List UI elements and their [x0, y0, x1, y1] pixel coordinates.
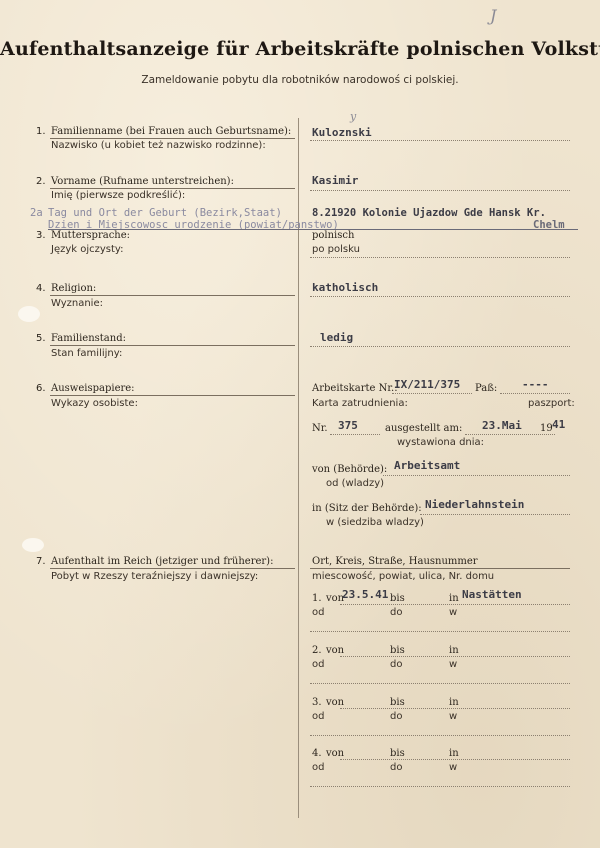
nr-value: 375 [338, 419, 358, 432]
issued-label-de: ausgestellt am: [385, 423, 462, 434]
work-card-label-de: Arbeitskarte Nr.: [312, 383, 398, 394]
residence-2-von: von [326, 645, 344, 656]
field-4-value: katholisch [312, 281, 378, 294]
field-4-value-line [310, 296, 570, 297]
field-2a-number: 2a [30, 207, 43, 219]
corner-handwritten-mark: J [490, 6, 496, 25]
residence-3-od: od [312, 711, 324, 722]
residence-1-od: od [312, 607, 324, 618]
field-6-label-pl: Wykazy osobiste: [51, 398, 138, 409]
residence-3-w: w [449, 711, 457, 722]
issued-year-prefix: 19 [540, 423, 553, 434]
residence-1-do: do [390, 607, 402, 618]
residence-1-line [340, 604, 570, 605]
issued-label-pl: wystawiona dnia: [397, 437, 484, 448]
field-2-label-underline [50, 188, 295, 189]
passport-value: ---- [522, 378, 549, 391]
residence-3-in: in [449, 697, 459, 708]
residence-2-do: do [390, 659, 402, 670]
field-5-label-pl: Stan familijny: [51, 348, 122, 359]
seat-label-de: in (Sitz der Behörde): [312, 503, 422, 514]
field-2-number: 2. [36, 176, 46, 187]
residence-3-extra-line [310, 735, 570, 736]
residence-2-od: od [312, 659, 324, 670]
paper-tear [22, 538, 44, 552]
field-2a-value: 8.21920 Kolonie Ujazdow Gde Hansk Kr. [312, 207, 546, 219]
field-1-label-pl: Nazwisko (u kobiet też nazwisko rodzinne… [51, 140, 266, 151]
residence-1-w: w [449, 607, 457, 618]
work-card-label-pl: Karta zatrudnienia: [312, 398, 408, 409]
field-7-label-underline [50, 568, 295, 569]
authority-label-pl: od (wladzy) [326, 478, 384, 489]
residence-4-w: w [449, 762, 457, 773]
field-4-number: 4. [36, 283, 46, 294]
residence-4-extra-line [310, 786, 570, 787]
residence-3-do: do [390, 711, 402, 722]
seat-value: Niederlahnstein [425, 498, 524, 511]
field-6-label-underline [50, 395, 295, 396]
field-3-number: 3. [36, 230, 46, 241]
form-title: Aufenthaltsanzeige für Arbeitskräfte pol… [0, 38, 600, 60]
residence-4-od: od [312, 762, 324, 773]
paper-tear [18, 306, 40, 322]
field-6-number: 6. [36, 383, 46, 394]
issued-line [465, 434, 555, 435]
residence-3-bis: bis [390, 697, 405, 708]
residence-4-number: 4. [312, 748, 322, 759]
nr-line [330, 434, 380, 435]
work-card-value: IX/211/375 [394, 378, 460, 391]
field-2-label-pl: Imię (pierwsze podkreślić): [51, 190, 185, 201]
field-1-value: Kuloznski [312, 126, 372, 139]
issued-value: 23.Mai [482, 419, 522, 432]
residence-2-w: w [449, 659, 457, 670]
field-2a-label-de: Tag und Ort der Geburt (Bezirk,Staat) [48, 207, 282, 219]
residence-4-bis: bis [390, 748, 405, 759]
residence-3-line [340, 708, 570, 709]
field-1-value-line [310, 140, 570, 141]
residence-4-line [340, 759, 570, 760]
residence-2-number: 2. [312, 645, 322, 656]
document-page: J Aufenthaltsanzeige für Arbeitskräfte p… [0, 0, 600, 848]
residence-header-underline [310, 568, 570, 569]
residence-2-line [340, 656, 570, 657]
field-5-label-de: Familienstand: [51, 333, 126, 344]
field-2-value-line [310, 190, 570, 191]
field-7-label-pl: Pobyt w Rzeszy teraźniejszy i dawniejszy… [51, 571, 258, 582]
field-3-label-pl: Język ojczysty: [51, 244, 124, 255]
field-2-label-de: Vorname (Rufname unterstreichen): [51, 176, 234, 187]
residence-1-place-value: Nastätten [462, 588, 522, 601]
residence-3-von: von [326, 697, 344, 708]
residence-1-number: 1. [312, 593, 322, 604]
field-1-number: 1. [36, 126, 46, 137]
field-2-value: Kasimir [312, 174, 358, 187]
field-5-label-underline [50, 345, 295, 346]
residence-2-in: in [449, 645, 459, 656]
residence-1-bis: bis [390, 593, 405, 604]
issued-year: 41 [552, 418, 565, 431]
field-7-number: 7. [36, 556, 46, 567]
seat-label-pl: w (siedziba wladzy) [326, 517, 424, 528]
field-5-number: 5. [36, 333, 46, 344]
residence-1-extra-line [310, 631, 570, 632]
residence-2-bis: bis [390, 645, 405, 656]
residence-1-in: in [449, 593, 459, 604]
field-1-label-underline [50, 138, 295, 139]
field-1-label-de: Familienname (bei Frauen auch Geburtsnam… [51, 126, 291, 137]
residence-4-von: von [326, 748, 344, 759]
field-3-value: polnisch [312, 230, 354, 241]
residence-4-in: in [449, 748, 459, 759]
authority-value: Arbeitsamt [394, 459, 460, 472]
field-4-label-underline [50, 295, 295, 296]
residence-4-do: do [390, 762, 402, 773]
field-6-label-de: Ausweispapiere: [51, 383, 135, 394]
authority-line [383, 475, 570, 476]
residence-2-extra-line [310, 683, 570, 684]
authority-label-de: von (Behörde): [312, 464, 387, 475]
form-subtitle: Zameldowanie pobytu dla robotników narod… [0, 74, 600, 86]
field-5-value-line [310, 346, 570, 347]
passport-line [500, 393, 570, 394]
field-5-value: ledig [320, 331, 353, 344]
field-3-value-pl: po polsku [312, 244, 360, 255]
passport-label-de: Paß: [475, 383, 497, 394]
field-3-label-de: Muttersprache: [51, 230, 130, 241]
residence-1-from-value: 23.5.41 [342, 588, 388, 601]
work-card-line [392, 393, 472, 394]
field-1-annotation: y [350, 110, 356, 123]
field-7-label-de: Aufenthalt im Reich (jetziger und früher… [51, 556, 273, 567]
passport-label-pl: paszport: [528, 398, 575, 409]
residence-header-de: Ort, Kreis, Straße, Hausnummer [312, 556, 478, 567]
field-3-value-line [310, 257, 570, 258]
nr-label: Nr. [312, 423, 328, 434]
field-4-label-de: Religion: [51, 283, 96, 294]
seat-line [420, 514, 570, 515]
residence-header-pl: miescowość, powiat, ulica, Nr. domu [312, 571, 494, 582]
residence-3-number: 3. [312, 697, 322, 708]
field-4-label-pl: Wyznanie: [51, 298, 103, 309]
